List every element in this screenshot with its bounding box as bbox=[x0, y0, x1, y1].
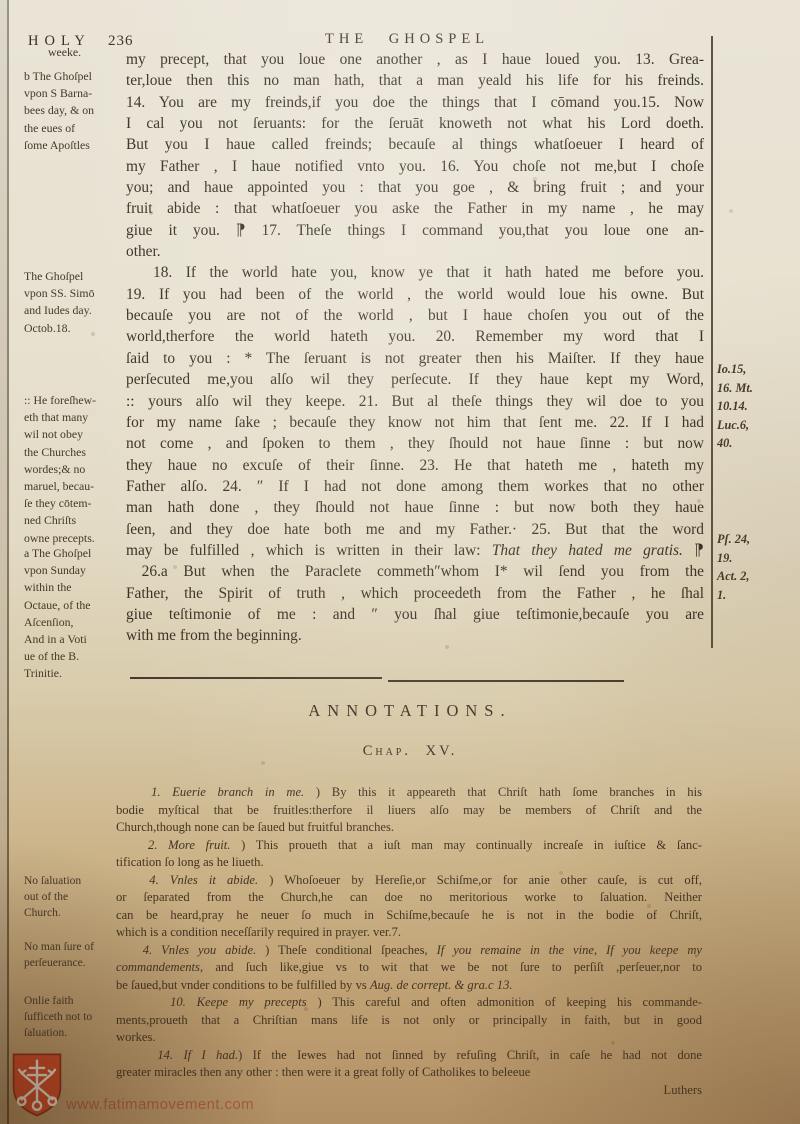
margin-note-line: ſufficeth not to bbox=[24, 1010, 122, 1026]
text-line: bodie myſtical that be fruitles:therfore… bbox=[116, 802, 702, 820]
text-line: ſaid to you : * The ſeruant is not great… bbox=[126, 348, 704, 369]
margin-note-line: Octaue, of the bbox=[24, 597, 126, 614]
chapter-heading: Chap. XV. bbox=[140, 743, 680, 760]
text-line: 4. Vnles you abide. ) Theſe conditional … bbox=[116, 942, 702, 960]
gospel-text-column: my precept, that you loue one another , … bbox=[126, 49, 704, 647]
margin-note-line: perſeuerance. bbox=[24, 956, 122, 972]
text-line: 1. Euerie branch in me. ) By this it app… bbox=[116, 784, 702, 802]
margin-note-line: the Churches bbox=[24, 444, 126, 461]
text-line: But you I haue called freinds; becauſe a… bbox=[126, 134, 704, 155]
text-line: not come , and ſpoken to them , they ſho… bbox=[126, 433, 704, 454]
margin-note-line: ſaluation. bbox=[24, 1026, 122, 1042]
text-line: 14. If I had.) If the Iewes had not ſinn… bbox=[116, 1047, 702, 1065]
margin-note: b The Ghoſpelvpon S Barna-bees day, & on… bbox=[24, 68, 126, 154]
text-line: tification ſo long as he liueth. bbox=[116, 854, 702, 872]
text-line: man hath done , they ſhould not haue ſin… bbox=[126, 497, 704, 518]
crossed-keys-shield-logo bbox=[10, 1050, 64, 1120]
margin-note-line: b The Ghoſpel bbox=[24, 68, 126, 85]
section-divider-rule-left bbox=[130, 677, 382, 679]
page-left-edge bbox=[0, 0, 7, 1124]
margin-note-line: ſome Apoſtles bbox=[24, 137, 126, 154]
text-line: ments,proueth that a Chriſtian mans life… bbox=[116, 1012, 702, 1030]
text-line: 26.a But when the Paraclete commeth″whom… bbox=[126, 561, 704, 582]
text-line: 2. More fruit. ) This proueth that a iuſ… bbox=[116, 837, 702, 855]
margin-note-line: And in a Voti bbox=[24, 631, 126, 648]
margin-note-line: 16. Mt. bbox=[717, 379, 789, 398]
margin-note: Io.15,16. Mt.10.14.Luc.6,40. bbox=[717, 360, 789, 453]
text-line: 4. Vnles it abide. ) Whoſoeuer by Hereſi… bbox=[116, 872, 702, 890]
margin-note-line: Trinitie. bbox=[24, 665, 126, 682]
margin-note: :: He foreſhew-eth that manywil not obey… bbox=[24, 392, 126, 547]
text-line: 19. If you had been of the world , the w… bbox=[126, 284, 704, 305]
text-line: my Father , I haue notified vnto you. 16… bbox=[126, 156, 704, 177]
margin-note-line: a The Ghoſpel bbox=[24, 545, 126, 562]
scanned-book-page: HOLY 236 THE GHOSPEL my precept, that yo… bbox=[0, 0, 800, 1124]
text-line: greater miracles then any other : then w… bbox=[116, 1064, 702, 1082]
margin-note-line: No ſaluation bbox=[24, 874, 122, 890]
column-divider-rule bbox=[711, 36, 713, 648]
margin-note-line: vpon S Barna- bbox=[24, 85, 126, 102]
paper-specks bbox=[0, 0, 2, 2]
running-header-center: THE GHOSPEL bbox=[325, 31, 489, 48]
margin-note-line: out of the bbox=[24, 890, 122, 906]
text-line: for my name ſake ; becauſe they know not… bbox=[126, 412, 704, 433]
watermark-url: www.fatimamovement.com bbox=[66, 1096, 254, 1113]
text-line: workes. bbox=[116, 1029, 702, 1047]
text-line: which is a condition neceſſarily require… bbox=[116, 924, 702, 942]
margin-note-line: Io.15, bbox=[717, 360, 789, 379]
margin-note-line: eth that many bbox=[24, 409, 126, 426]
margin-note-line: maruel, becau- bbox=[24, 478, 126, 495]
text-line: can be heard,pray he neuer ſo much in Sc… bbox=[116, 907, 702, 925]
text-line: commandements, and ſuch like,giue vs to … bbox=[116, 959, 702, 977]
margin-note-line: ue of the B. bbox=[24, 648, 126, 665]
text-line: other. bbox=[126, 241, 704, 262]
text-line: becauſe you are not of the world , but I… bbox=[126, 305, 704, 326]
text-line: world,therfore the world hateth you. 20.… bbox=[126, 326, 704, 347]
text-line: Father, the Spirit of truth , which proc… bbox=[126, 583, 704, 604]
margin-note: No man ſure ofperſeuerance. bbox=[24, 940, 122, 972]
text-line: Father alſo. 24. ″ If I had not done amo… bbox=[126, 476, 704, 497]
margin-note-line: :: He foreſhew- bbox=[24, 392, 126, 409]
margin-note-line: bees day, & on bbox=[24, 102, 126, 119]
margin-note-line: within the bbox=[24, 579, 126, 596]
margin-note-line: vpon Sunday bbox=[24, 562, 126, 579]
margin-note-line: Octob.18. bbox=[24, 320, 126, 337]
margin-note: No ſaluationout of theChurch. bbox=[24, 874, 122, 922]
margin-note-line: and Iudes day. bbox=[24, 302, 126, 319]
text-line: perſecuted me,you alſo wil they perſecut… bbox=[126, 369, 704, 390]
text-line: giue it you. ⁋ 17. Theſe things I comman… bbox=[126, 220, 704, 241]
margin-note: a The Ghoſpelvpon Sundaywithin theOctaue… bbox=[24, 545, 126, 683]
annotations-text-column: 1. Euerie branch in me. ) By this it app… bbox=[116, 784, 702, 1099]
margin-note: Onlie faithſufficeth not toſaluation. bbox=[24, 994, 122, 1042]
margin-note-line: No man ſure of bbox=[24, 940, 122, 956]
text-line: be ſaued,but vnder conditions to be fulf… bbox=[116, 977, 702, 995]
margin-note-line: ned Chriſts bbox=[24, 512, 126, 529]
margin-note-line: Luc.6, bbox=[717, 416, 789, 435]
text-line: giue teſtimonie of me : and ″ you ſhal g… bbox=[126, 604, 704, 625]
margin-note-line: ſe they cōtem- bbox=[24, 495, 126, 512]
margin-note: weeke. bbox=[48, 44, 150, 61]
text-line: ſeen, and they doe hate both me and my F… bbox=[126, 519, 704, 540]
margin-note-line: The Ghoſpel bbox=[24, 268, 126, 285]
text-line: you; and haue appointed you : that you g… bbox=[126, 177, 704, 198]
page-left-edge-line bbox=[7, 0, 9, 1124]
margin-note-line: Aſcenſion, bbox=[24, 614, 126, 631]
text-line: I cal you not ſeruants: for the ſeruāt k… bbox=[126, 113, 704, 134]
text-line: with me from the beginning. bbox=[126, 625, 704, 646]
text-line: may be fulfilled , which is written in t… bbox=[126, 540, 704, 561]
text-line: or ſeparated from the Church,he can doe … bbox=[116, 889, 702, 907]
margin-note: The Ghoſpelvpon SS. Simōand Iudes day.Oc… bbox=[24, 268, 126, 337]
annotations-title: ANNOTATIONS. bbox=[140, 701, 680, 721]
margin-note-line: Act. 2, bbox=[717, 567, 789, 586]
margin-note-line: wil not obey bbox=[24, 426, 126, 443]
text-line: 14. You are my freinds,if you doe the th… bbox=[126, 92, 704, 113]
text-line: Church,though none can be ſaued but frui… bbox=[116, 819, 702, 837]
text-line: my precept, that you loue one another , … bbox=[126, 49, 704, 70]
margin-note-line: Church. bbox=[24, 906, 122, 922]
text-line: :: yours alſo wil they keepe. 21. But al… bbox=[126, 391, 704, 412]
margin-note-line: the eues of bbox=[24, 120, 126, 137]
section-divider-rule-right bbox=[388, 680, 624, 682]
margin-note-line: weeke. bbox=[48, 44, 150, 61]
margin-note-line: 10.14. bbox=[717, 397, 789, 416]
margin-note-line: vpon SS. Simō bbox=[24, 285, 126, 302]
margin-note-line: 19. bbox=[717, 549, 789, 568]
text-line: ter,loue then this no man hath, that a m… bbox=[126, 70, 704, 91]
margin-note-line: 1. bbox=[717, 586, 789, 605]
margin-note-line: wordes;& no bbox=[24, 461, 126, 478]
text-line: 10. Keepe my precepts ) This careful and… bbox=[116, 994, 702, 1012]
margin-note-line: Onlie faith bbox=[24, 994, 122, 1010]
text-line: 18. If the world hate you, know ye that … bbox=[126, 262, 704, 283]
margin-note-line: Pſ. 24, bbox=[717, 530, 789, 549]
text-line: fruit abide : that whatſoeuer you aske t… bbox=[126, 198, 704, 219]
text-line: they haue no excuſe of their ſinne. 23. … bbox=[126, 455, 704, 476]
margin-note-line: 40. bbox=[717, 434, 789, 453]
margin-note: Pſ. 24,19.Act. 2,1. bbox=[717, 530, 789, 604]
